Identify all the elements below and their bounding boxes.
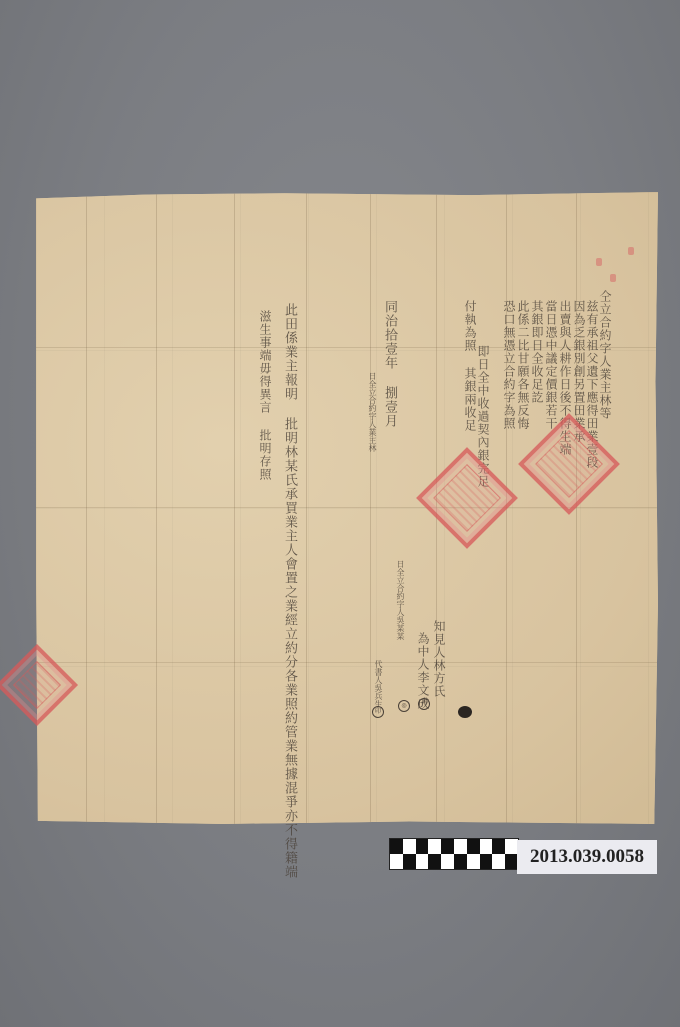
main-text-column: 此係二比甘願各無反悔 [516, 300, 529, 430]
postscript-column: 此田係業主報明 批明林某氏承買業主人會置之業經立約分各業照約管業無據混爭亦不得籍… [282, 303, 296, 879]
main-text-column: 仝立合約字人業主林等 [598, 290, 611, 420]
fold-line [86, 192, 87, 824]
mark-circle: ◎ [398, 700, 410, 712]
postscript-column: 滋生事端毋得異言 批明存照 [258, 310, 271, 481]
main-text-column: 恐口無憑立合約字為照 [502, 300, 515, 430]
fold-line [36, 662, 658, 663]
main-text-column: 當日憑中議定價銀若干 [544, 300, 557, 430]
main-text-column: 其銀即日全收足訖 [530, 300, 543, 404]
red-mark [610, 274, 616, 282]
fold-line [306, 192, 307, 824]
accession-number-label: 2013.039.0058 [517, 840, 657, 874]
red-mark [596, 258, 602, 266]
ink-blot [458, 706, 472, 718]
red-mark [628, 247, 634, 255]
fold-line [156, 192, 157, 824]
date-line: 同治拾壹年 捌壹月 [382, 300, 396, 428]
mark-circle: 押 [418, 698, 430, 710]
signature-scribe: 代書人吳兵生 [374, 660, 383, 708]
fold-line [234, 192, 235, 824]
signature-witness: 知見人林方氏 [432, 620, 445, 698]
main-text-column: 付執為照 其銀兩收足 [463, 300, 476, 432]
fold-line [370, 192, 371, 824]
mark-circle: 印 [372, 706, 384, 718]
fold-line [576, 192, 577, 824]
scale-bar [389, 838, 519, 870]
signature-party: 日全立合約字人吳某某 [396, 560, 405, 640]
small-note: 日全立合約字人業主林 [368, 372, 377, 452]
